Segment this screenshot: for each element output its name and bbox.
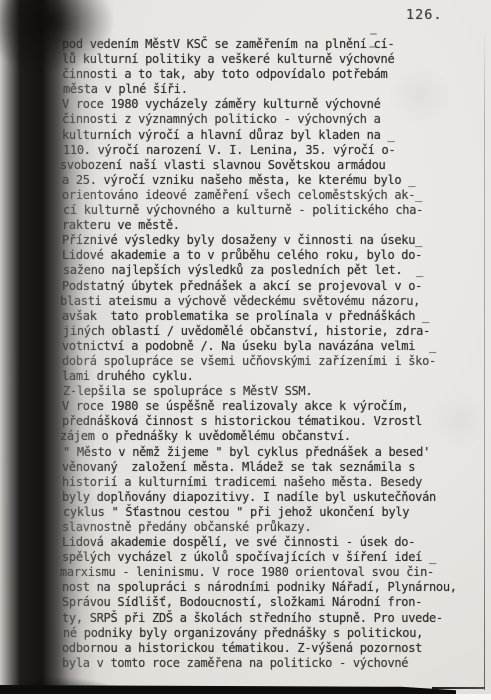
text-line: V roce 1980 vycházely záměry kulturně vý… <box>62 97 476 112</box>
text-line: 110. výročí narození V. I. Lenina, 35. v… <box>63 143 477 158</box>
text-line: činnosti a to tak, aby toto odpovídalo p… <box>62 67 476 82</box>
text-line: Lidová akademie dospělí, ve své činnosti… <box>62 535 476 550</box>
text-line: činnosti z významných politicko - výchov… <box>62 112 476 127</box>
text-line: Z-lepšila se spolupráce s MěstV SSM. <box>63 384 477 399</box>
text-line: lů kulturní politiky a veškeré kulturně … <box>62 52 476 67</box>
scan-bottom-edge-line <box>432 687 485 689</box>
text-line: pod vedením MěstV KSČ se zaměřením na pl… <box>62 37 476 52</box>
text-line: byly doplňovány diapozitivy. I nadíle by… <box>62 490 476 505</box>
text-line: avšak tato problematika se prolínala v p… <box>62 309 476 324</box>
text-line: spělých vycházel z úkolů spočívajících v… <box>62 550 476 565</box>
text-line: svobození naší vlasti slavnou Sovětskou … <box>60 158 474 173</box>
text-line: Podstatný úbytek přednášek a akcí se pro… <box>62 279 476 294</box>
text-line: a 25. výročí vzniku našeho města, ke kte… <box>62 173 476 188</box>
text-line: města v plné šíři. <box>63 82 477 97</box>
text-line: nost na spolupráci s národními podniky N… <box>62 580 476 595</box>
text-line: votnictví a podobně /. Na úseku byla nav… <box>62 339 476 354</box>
scan-speck <box>371 57 377 59</box>
text-line: věnovaný založení města. Mládež se tak s… <box>62 460 476 475</box>
scanned-page: 126. pod vedením MěstV KSČ se zaměřením … <box>0 0 491 700</box>
text-line: lami druhého cyklu. <box>62 369 476 384</box>
scan-bottom-edge <box>0 685 456 694</box>
text-line: V roce 1980 se úspěšně realizovaly akce … <box>62 399 476 414</box>
text-line: historií a kulturními tradicemi našeho m… <box>62 475 476 490</box>
scan-right-edge-line <box>484 28 485 690</box>
text-line: Příznivé výsledky byly dosaženy v činnos… <box>62 233 476 248</box>
scan-speck <box>370 33 377 35</box>
text-line: Správou Sídlišť, Bodoucností, složkami N… <box>62 595 476 610</box>
text-line: kulturních výročí a hlavní důraz byl kla… <box>62 128 476 143</box>
text-line: byla v tomto roce zaměřena na politicko … <box>62 656 476 671</box>
text-line: jiných oblastí / uvědomělé občanství, hi… <box>63 324 477 339</box>
text-line: dobrá spolupráce se všemi učňovskými zař… <box>62 354 476 369</box>
text-line: marxismu - leninismu. V roce 1980 orient… <box>60 565 474 580</box>
text-line: slavnostně předány občanské průkazy. <box>62 520 476 535</box>
text-line: cyklus " Šťastnou cestou " při jehož uko… <box>63 505 477 520</box>
text-line: saženo najlepších výsledků za posledních… <box>63 263 477 278</box>
text-line: zájem o přednášky k uvědomělému občanstv… <box>60 429 474 444</box>
text-line: rakteru ve městě. <box>62 218 476 233</box>
text-line: odbornou a historickou tématikou. Z-výše… <box>62 641 476 656</box>
scan-bottom-margin <box>0 694 491 700</box>
scan-speck <box>369 46 377 48</box>
text-line: ty, SRPŠ při ZDŠ a školách středního stu… <box>62 611 476 626</box>
text-line: né podniky byly organizovány přednášky s… <box>63 626 477 641</box>
text-line: blasti ateismu a výchově vědeckému světo… <box>60 294 474 309</box>
text-line: přednášková činnost s historickou témati… <box>62 414 476 429</box>
text-line: Lidové akademie a to v průběhu celého ro… <box>62 248 476 263</box>
document-text: pod vedením MěstV KSČ se zaměřením na pl… <box>62 37 476 671</box>
page-number: 126. <box>406 7 443 23</box>
text-line: cí kulturně výchovného a kulturně - poli… <box>63 203 477 218</box>
text-line: " Město v němž žijeme " byl cyklus předn… <box>63 445 477 460</box>
text-line: orientováno ideové zaměření všech celomě… <box>62 188 476 203</box>
